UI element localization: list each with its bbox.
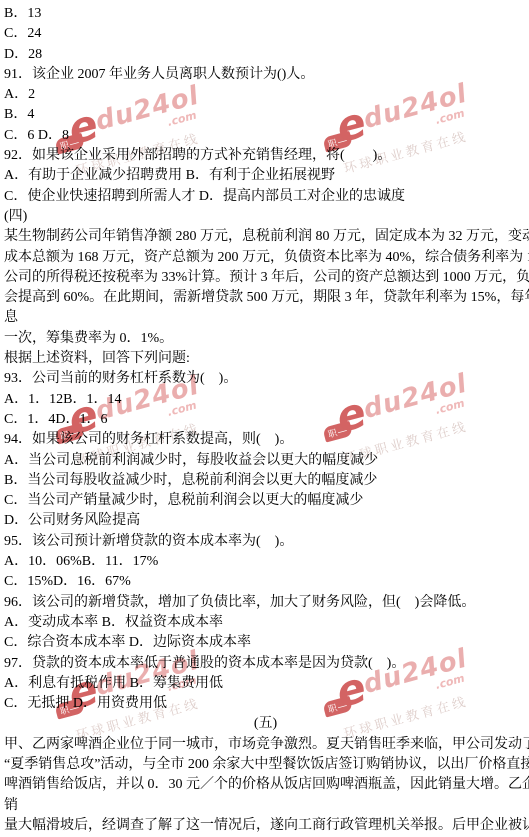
text-line: A．有助于企业减少招聘费用 B．有利于企业拓展视野 bbox=[4, 166, 527, 186]
text-line: 96．该公司的新增贷款，增加了负债比率，加大了财务风险，但( )会降低。 bbox=[4, 593, 527, 613]
text-line: C．1．4D．1．6 bbox=[4, 410, 527, 430]
text-line: 根据上述资料，回答下列问题: bbox=[4, 349, 527, 369]
text-line: C．使企业快速招聘到所需人才 D．提高内部员工对企业的忠诚度 bbox=[4, 187, 527, 207]
text-line: 92．如果该企业采用外部招聘的方式补充销售经理，将( )。 bbox=[4, 146, 527, 166]
text-line: 公司的所得税还按税率为 33%计算。预计 3 年后，公司的资产总额达到 1000… bbox=[4, 268, 527, 288]
text-line: 94．如果该公司的财务杠杆系数提高，则( )。 bbox=[4, 430, 527, 450]
text-line: A．10．06%B．11．17% bbox=[4, 552, 527, 572]
text-line: 会提高到 60%。在此期间，需新增贷款 500 万元，期限 3 年，贷款年利率为… bbox=[4, 288, 527, 308]
text-line: C．无抵押 D．用资费用低 bbox=[4, 694, 527, 714]
text-line: 量大幅滑坡后，经调查了解了这一情况后，遂向工商行政管理机关举报。后甲企业被认 bbox=[4, 816, 527, 836]
section-5-heading: (五) bbox=[4, 714, 527, 734]
text-line: A．1．12B．1．14 bbox=[4, 390, 527, 410]
text-line: D．28 bbox=[4, 45, 527, 65]
text-line: B．13 bbox=[4, 4, 527, 24]
text-line: A．变动成本率 B．权益资本成本率 bbox=[4, 613, 527, 633]
text-line: A．2 bbox=[4, 85, 527, 105]
text-line: B．当公司每股收益减少时，息税前利润会以更大的幅度减少 bbox=[4, 471, 527, 491]
text-line: 97．贷款的资本成本率低于普通股的资本成本率是因为贷款( )。 bbox=[4, 654, 527, 674]
text-line: 息 bbox=[4, 308, 527, 328]
text-line: 一次，筹集费率为 0．1%。 bbox=[4, 329, 527, 349]
text-line: C．综合资本成本率 D．边际资本成本率 bbox=[4, 633, 527, 653]
text-line: C．15%D．16．67% bbox=[4, 572, 527, 592]
text-line: 销 bbox=[4, 796, 527, 816]
text-line: 啤酒销售给饭店，并以 0．30 元／个的价格从饭店回购啤酒瓶盖，因此销量大增。乙… bbox=[4, 775, 527, 795]
text-line: A．利息有抵税作用 B．筹集费用低 bbox=[4, 674, 527, 694]
text-line: C．当公司产销量减少时，息税前利润会以更大的幅度减少 bbox=[4, 491, 527, 511]
text-line: C．24 bbox=[4, 24, 527, 44]
text-line: 95．该公司预计新增贷款的资本成本率为( )。 bbox=[4, 532, 527, 552]
exam-document-page: 职— e du24ol .com 环球职业教育在线 职— e du24ol .c… bbox=[0, 0, 529, 837]
exam-question-text: B．13 C．24 D．28 91．该企业 2007 年业务人员离职人数预计为(… bbox=[4, 4, 527, 836]
text-line: B．4 bbox=[4, 105, 527, 125]
text-line: “夏季销售总攻”活动，与全市 200 余家大中型餐饮饭店签订购销协议，以出厂价格… bbox=[4, 755, 527, 775]
text-line: C．6 D．8 bbox=[4, 126, 527, 146]
section-4-heading: (四) bbox=[4, 207, 527, 227]
text-line: 91．该企业 2007 年业务人员离职人数预计为()人。 bbox=[4, 65, 527, 85]
text-line: 93．公司当前的财务杠杆系数为( )。 bbox=[4, 369, 527, 389]
text-line: D．公司财务风险提高 bbox=[4, 511, 527, 531]
text-line: 某生物制药公司年销售净额 280 万元，息税前利润 80 万元，固定成本为 32… bbox=[4, 227, 527, 247]
text-line: 甲、乙两家啤酒企业位于同一城市，市场竞争激烈。夏天销售旺季来临，甲公司发动了 bbox=[4, 735, 527, 755]
text-line: A．当公司息税前利润减少时，每股收益会以更大的幅度减少 bbox=[4, 451, 527, 471]
text-line: 成本总额为 168 万元，资产总额为 200 万元，负债资本比率为 40%，综合… bbox=[4, 248, 527, 268]
